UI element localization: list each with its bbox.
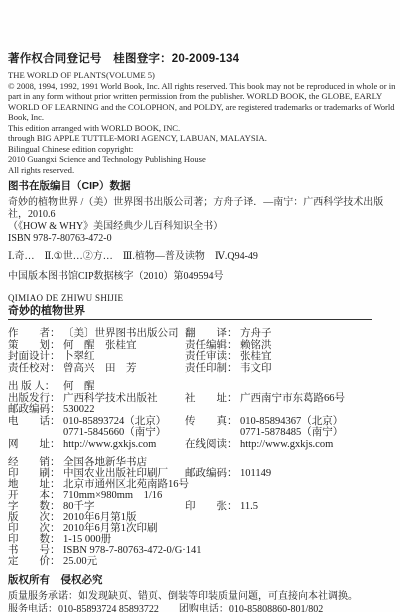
field-value: 赖铭洪 xyxy=(240,340,272,352)
cip-data-header: 图书在版编目（CIP）数据 xyxy=(8,180,392,193)
field-value: 11.5 xyxy=(240,501,258,512)
field-value: 广西科学技术出版社 xyxy=(63,393,158,405)
field-value: 1-15 000册 xyxy=(63,534,111,545)
printing-row: 字 数：80千字 印 张：11.5 xyxy=(8,501,392,512)
field-label xyxy=(185,512,240,523)
field-value: 广西南宁市东葛路66号 xyxy=(240,393,345,405)
edition-line: This edition arranged with WORLD BOOK, I… xyxy=(8,123,392,134)
rights-line: All rights reserved. xyxy=(8,165,392,176)
bilingual-line: Bilingual Chinese edition copyright: xyxy=(8,144,392,155)
field-label xyxy=(185,556,240,567)
field-value: http://www.gxkjs.com xyxy=(63,439,156,451)
field-label: 翻 译： xyxy=(185,328,240,340)
publisher-row: 电 话：010-85893724（北京） 传 真：010-85894367（北京… xyxy=(8,416,392,428)
field-label xyxy=(185,479,240,490)
field-value: 方舟子 xyxy=(240,328,272,340)
field-label: 经 销： xyxy=(8,457,63,468)
field-label: 责任审读： xyxy=(185,351,240,363)
field-label: 策 划： xyxy=(8,340,63,352)
printing-row: 印 数：1-15 000册 xyxy=(8,534,392,545)
field-value: 〔美〕世界图书出版公司 xyxy=(63,328,179,340)
printing-row: 印 刷：中国农业出版社印刷厂 邮政编码：101149 xyxy=(8,468,392,479)
field-value: 0771-5845660（南宁） xyxy=(63,427,166,439)
field-label: 印 刷： xyxy=(8,468,63,479)
copyright-line: part in any form without prior written p… xyxy=(8,91,392,102)
field-label: 印 数： xyxy=(8,534,63,545)
field-label: 出版发行： xyxy=(8,393,63,405)
field-value: 北京市通州区北苑南路16号 xyxy=(63,479,189,490)
field-label xyxy=(185,490,240,501)
field-label: 邮政编码： xyxy=(185,468,240,479)
field-value: 全国各地新华书店 xyxy=(63,457,147,468)
service-phone-line: 服务电话：010-85893724 85893722 团购电话：010-8580… xyxy=(8,604,392,612)
field-label: 开 本： xyxy=(8,490,63,501)
copyright-line: © 2008, 1994, 1992, 1991 World Book, Inc… xyxy=(8,81,392,92)
cip-description: 奇妙的植物世界 /（美）世界图书出版公司著；方舟子译．—南宁：广西科学技术出版社… xyxy=(8,197,392,221)
field-value: 卜翠红 xyxy=(63,351,95,363)
field-label xyxy=(185,523,240,534)
field-label: 封面设计： xyxy=(8,351,63,363)
field-value: 010-85893724（北京） xyxy=(63,416,166,428)
field-label: 责任印制： xyxy=(185,363,240,375)
field-label: 地 址： xyxy=(8,479,63,490)
field-value: http://www.gxkjs.com xyxy=(240,439,333,451)
field-value: 曾高兴 田 芳 xyxy=(63,363,137,375)
publisher-section: 出 版 人：何 醒 出版发行：广西科学技术出版社 社 址：广西南宁市东葛路66号… xyxy=(8,381,392,450)
book-title-pinyin: QIMIAO DE ZHIWU SHIJIE xyxy=(8,293,392,304)
printing-row: 开 本：710mm×980mm 1/16 xyxy=(8,490,392,501)
credits-row: 作 者：〔美〕世界图书出版公司 翻 译：方舟子 xyxy=(8,328,392,340)
field-value: ISBN 978-7-80763-472-0/G·141 xyxy=(63,545,202,556)
printing-row: 地 址：北京市通州区北苑南路16号 xyxy=(8,479,392,490)
credits-row: 封面设计：卜翠红 责任审读：张桂宜 xyxy=(8,351,392,363)
credits-section: 作 者：〔美〕世界图书出版公司 翻 译：方舟子 策 划：何 醒 张桂宜 责任编辑… xyxy=(8,328,392,374)
field-label: 传 真： xyxy=(185,416,240,428)
english-copyright-block: THE WORLD OF PLANTS(VOLUME 5) © 2008, 19… xyxy=(8,70,392,175)
cip-record-number: 中国版本图书馆CIP数据核字（2010）第049594号 xyxy=(8,271,392,283)
printing-row: 印 次：2010年6月第1次印刷 xyxy=(8,523,392,534)
printing-row: 定 价：25.00元 xyxy=(8,556,392,567)
cip-series: （《HOW & WHY》美国经典少儿百科知识全书） xyxy=(8,221,392,233)
field-value: 中国农业出版社印刷厂 xyxy=(63,468,168,479)
publisher-line: 2010 Guangxi Science and Technology Publ… xyxy=(8,154,392,165)
field-label: 社 址： xyxy=(185,393,240,405)
printing-row: 书 号：ISBN 978-7-80763-472-0/G·141 xyxy=(8,545,392,556)
quality-promise-line: 质量服务承诺：如发现缺页、错页、倒装等印装质量问题，可直接向本社调换。 xyxy=(8,591,392,604)
field-value: 710mm×980mm 1/16 xyxy=(63,490,162,501)
publisher-row: 网 址：http://www.gxkjs.com 在线阅读：http://www… xyxy=(8,439,392,451)
credits-row: 责任校对：曾高兴 田 芳 责任印制：韦文印 xyxy=(8,363,392,375)
field-value: 2010年6月第1次印刷 xyxy=(63,523,158,534)
field-label xyxy=(185,404,240,416)
field-label: 电 话： xyxy=(8,416,63,428)
printing-row: 经 销：全国各地新华书店 xyxy=(8,457,392,468)
field-value: 2010年6月第1版 xyxy=(63,512,137,523)
copyright-registration-number: 著作权合同登记号 桂图登字：20-2009-134 xyxy=(8,52,392,66)
cip-data-block: 奇妙的植物世界 /（美）世界图书出版公司著；方舟子译．—南宁：广西科学技术出版社… xyxy=(8,197,392,245)
credits-row: 策 划：何 醒 张桂宜 责任编辑：赖铭洪 xyxy=(8,340,392,352)
field-value: 25.00元 xyxy=(63,556,97,567)
field-label: 网 址： xyxy=(8,439,63,451)
agency-line: through BIG APPLE TUTTLE-MORI AGENCY, LA… xyxy=(8,133,392,144)
field-value: 张桂宜 xyxy=(240,351,272,363)
field-value: 何 醒 xyxy=(63,381,95,393)
field-label xyxy=(185,457,240,468)
field-label: 邮政编码： xyxy=(8,404,63,416)
field-value: 010-85894367（北京） xyxy=(240,416,343,428)
field-label: 责任校对： xyxy=(8,363,63,375)
field-label: 责任编辑： xyxy=(185,340,240,352)
field-label: 字 数： xyxy=(8,501,63,512)
english-title-line: THE WORLD OF PLANTS(VOLUME 5) xyxy=(8,70,392,81)
service-info: 质量服务承诺：如发现缺页、错页、倒装等印装质量问题，可直接向本社调换。 服务电话… xyxy=(8,591,392,612)
field-label: 书 号： xyxy=(8,545,63,556)
field-label xyxy=(185,381,240,393)
field-value: 101149 xyxy=(240,468,271,479)
field-label: 在线阅读： xyxy=(185,439,240,451)
copyright-line: Book, Inc. xyxy=(8,112,392,123)
field-label: 版 次： xyxy=(8,512,63,523)
field-label: 印 张： xyxy=(185,501,240,512)
field-label: 印 次： xyxy=(8,523,63,534)
field-label xyxy=(185,545,240,556)
title-divider xyxy=(8,319,372,320)
field-value: 80千字 xyxy=(63,501,95,512)
copyright-line: WORLD OF LEARNING and the COLOPHON, and … xyxy=(8,102,392,113)
field-value: 韦文印 xyxy=(240,363,272,375)
book-title-chinese: 奇妙的植物世界 xyxy=(8,305,392,317)
field-value: 何 醒 张桂宜 xyxy=(63,340,137,352)
publisher-row-continuation: 0771-5845660（南宁） 0771-5878485（南宁） xyxy=(8,427,392,439)
publisher-row: 出版发行：广西科学技术出版社 社 址：广西南宁市东葛路66号 xyxy=(8,393,392,405)
copyright-notice: 版权所有 侵权必究 xyxy=(8,574,392,587)
cip-classification: Ⅰ.奇… Ⅱ.①世…②方… Ⅲ.植物—普及读物 Ⅳ.Q94-49 xyxy=(8,251,392,263)
field-value: 530022 xyxy=(63,404,95,416)
field-label xyxy=(185,534,240,545)
publisher-row: 出 版 人：何 醒 xyxy=(8,381,392,393)
field-label: 作 者： xyxy=(8,328,63,340)
publisher-row: 邮政编码：530022 xyxy=(8,404,392,416)
field-label: 出 版 人： xyxy=(8,381,63,393)
field-label xyxy=(8,427,63,439)
printing-row: 版 次：2010年6月第1版 xyxy=(8,512,392,523)
field-label: 定 价： xyxy=(8,556,63,567)
field-label xyxy=(185,427,240,439)
field-value: 0771-5878485（南宁） xyxy=(240,427,343,439)
cip-isbn: ISBN 978-7-80763-472-0 xyxy=(8,233,392,245)
printing-section: 经 销：全国各地新华书店 印 刷：中国农业出版社印刷厂 邮政编码：101149 … xyxy=(8,457,392,567)
colophon-page: 著作权合同登记号 桂图登字：20-2009-134 THE WORLD OF P… xyxy=(0,0,400,612)
